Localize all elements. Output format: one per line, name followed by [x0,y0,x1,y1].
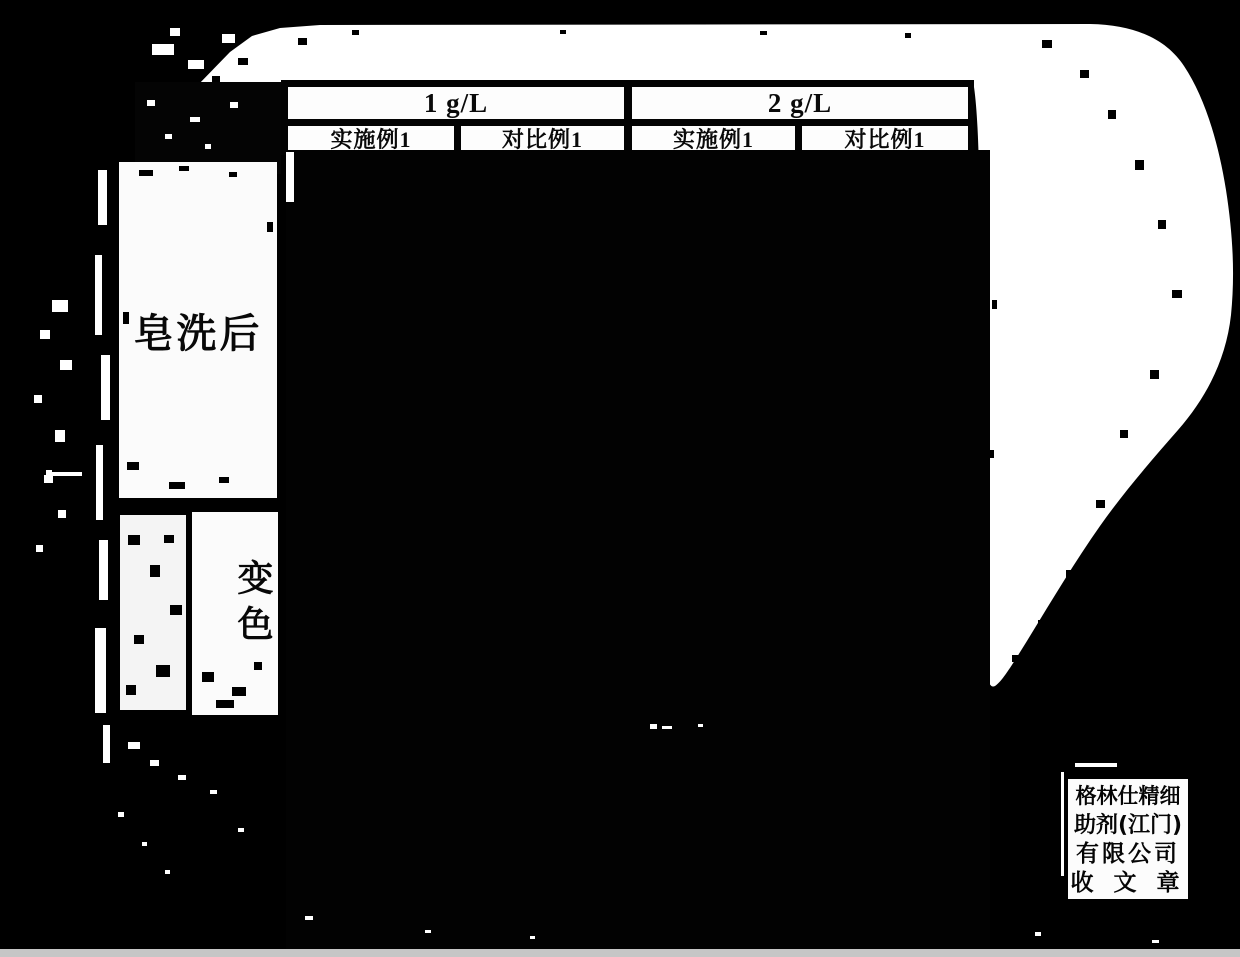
scanned-patent-photo: 1 g/L 2 g/L 实施例1 对比例1 实施例1 对比例1 皂洗后 变色 [0,0,1240,957]
scan-bottom-bar [0,949,1240,957]
noise-speckles [0,0,1240,957]
